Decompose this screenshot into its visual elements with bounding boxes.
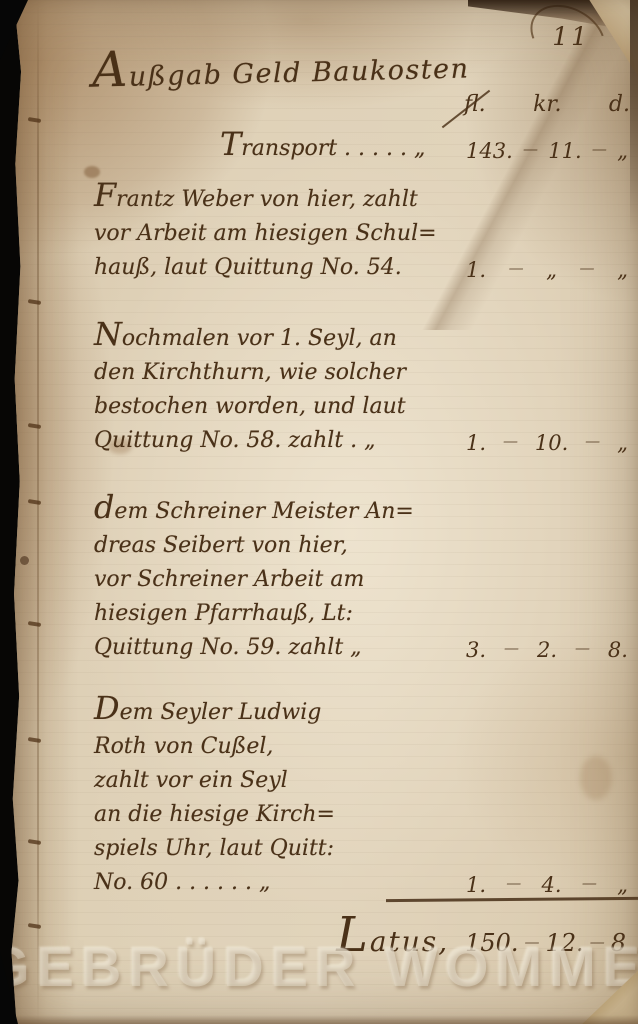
entry-line: dem Schreiner Meister An=: [94, 490, 630, 529]
amount-fl: 1.: [466, 431, 486, 455]
amount-fl: 143.: [466, 139, 513, 163]
paper-stain: [20, 556, 29, 565]
entry-amounts: 1. — „ — „: [466, 258, 628, 282]
amount-separator: —: [582, 874, 597, 892]
bottom-edge-shadow: [0, 1015, 638, 1024]
amount-separator: —: [503, 432, 518, 450]
amount-d: „: [617, 431, 628, 455]
amount-separator: —: [575, 639, 590, 657]
amount-d: „: [617, 139, 628, 163]
amount-d: „: [617, 873, 628, 897]
ledger-entry-weber: Frantz Weber von hier, zahlt vor Arbeit …: [94, 178, 630, 285]
amount-separator: —: [580, 259, 595, 277]
right-edge-shadow: [630, 0, 638, 235]
ledger-entry-seibert: dem Schreiner Meister An= dreas Seibert …: [94, 490, 630, 665]
amount-separator: —: [592, 140, 607, 158]
entry-line: spiels Uhr, laut Quitt:: [94, 832, 630, 866]
amount-kr: 4.: [542, 873, 562, 897]
currency-column-headers: fl. kr. d.: [464, 92, 630, 117]
amount-separator: —: [506, 874, 521, 892]
amount-separator: —: [585, 432, 600, 450]
entry-line: Nochmalen vor 1. Seyl, an: [94, 317, 630, 356]
amount-kr: „: [546, 258, 557, 282]
entry-amounts: 3. — 2. — 8.: [466, 638, 628, 662]
amount-d: „: [617, 258, 628, 282]
entry-text: Dem Seyler Ludwig Roth von Cußel, zahlt …: [94, 691, 630, 900]
amount-kr: 2.: [537, 638, 557, 662]
page-number: 11: [552, 22, 590, 51]
entry-amounts: 1. — 4. — „: [466, 873, 628, 897]
amount-fl: 1.: [466, 873, 486, 897]
entry-amounts: 143. — 11. — „: [466, 139, 628, 163]
ledger-entry-roth: Dem Seyler Ludwig Roth von Cußel, zahlt …: [94, 691, 630, 900]
column-header-florin: fl.: [464, 92, 486, 117]
archive-watermark: GEBRÜDER WOMMER: [0, 934, 638, 999]
amount-separator: —: [509, 259, 524, 277]
entry-line: Frantz Weber von hier, zahlt: [94, 178, 630, 217]
page-title: Außgab Geld Baukosten: [91, 33, 470, 98]
manuscript-scan: Außgab Geld Baukosten 11 fl. kr. d. Tran…: [0, 0, 638, 1024]
entry-line: an die hiesige Kirch=: [94, 798, 630, 832]
ledger-entry-seyl: Nochmalen vor 1. Seyl, an den Kirchthurn…: [94, 317, 630, 458]
entry-line: den Kirchthurn, wie solcher: [94, 356, 630, 390]
ledger-entry-transport: Transport . . . . . „ 143. — 11. — „: [94, 127, 630, 166]
amount-fl: 1.: [466, 258, 486, 282]
column-header-denar: d.: [609, 92, 630, 117]
entry-line: dreas Seibert von hier,: [94, 529, 630, 563]
spine-crease: [37, 0, 39, 1024]
amount-fl: 3.: [466, 638, 486, 662]
entry-line: vor Arbeit am hiesigen Schul=: [94, 217, 630, 251]
amount-d: 8.: [608, 638, 628, 662]
amount-separator: —: [523, 140, 538, 158]
entry-line: zahlt vor ein Seyl: [94, 764, 630, 798]
entry-line: Roth von Cußel,: [94, 730, 630, 764]
amount-kr: 10.: [535, 431, 568, 455]
entry-line: bestochen worden, und laut: [94, 390, 630, 424]
entry-line: hiesigen Pfarrhauß, Lt:: [94, 597, 630, 631]
ledger-entries: Transport . . . . . „ 143. — 11. — „ Fra…: [94, 127, 630, 900]
amount-kr: 11.: [548, 139, 581, 163]
column-header-kreuzer: kr.: [533, 92, 561, 117]
entry-line: vor Schreiner Arbeit am: [94, 563, 630, 597]
amount-separator: —: [504, 639, 519, 657]
entry-line: Dem Seyler Ludwig: [94, 691, 630, 730]
manuscript-page: Außgab Geld Baukosten 11 fl. kr. d. Tran…: [0, 0, 638, 1024]
entry-amounts: 1. — 10. — „: [466, 431, 628, 455]
